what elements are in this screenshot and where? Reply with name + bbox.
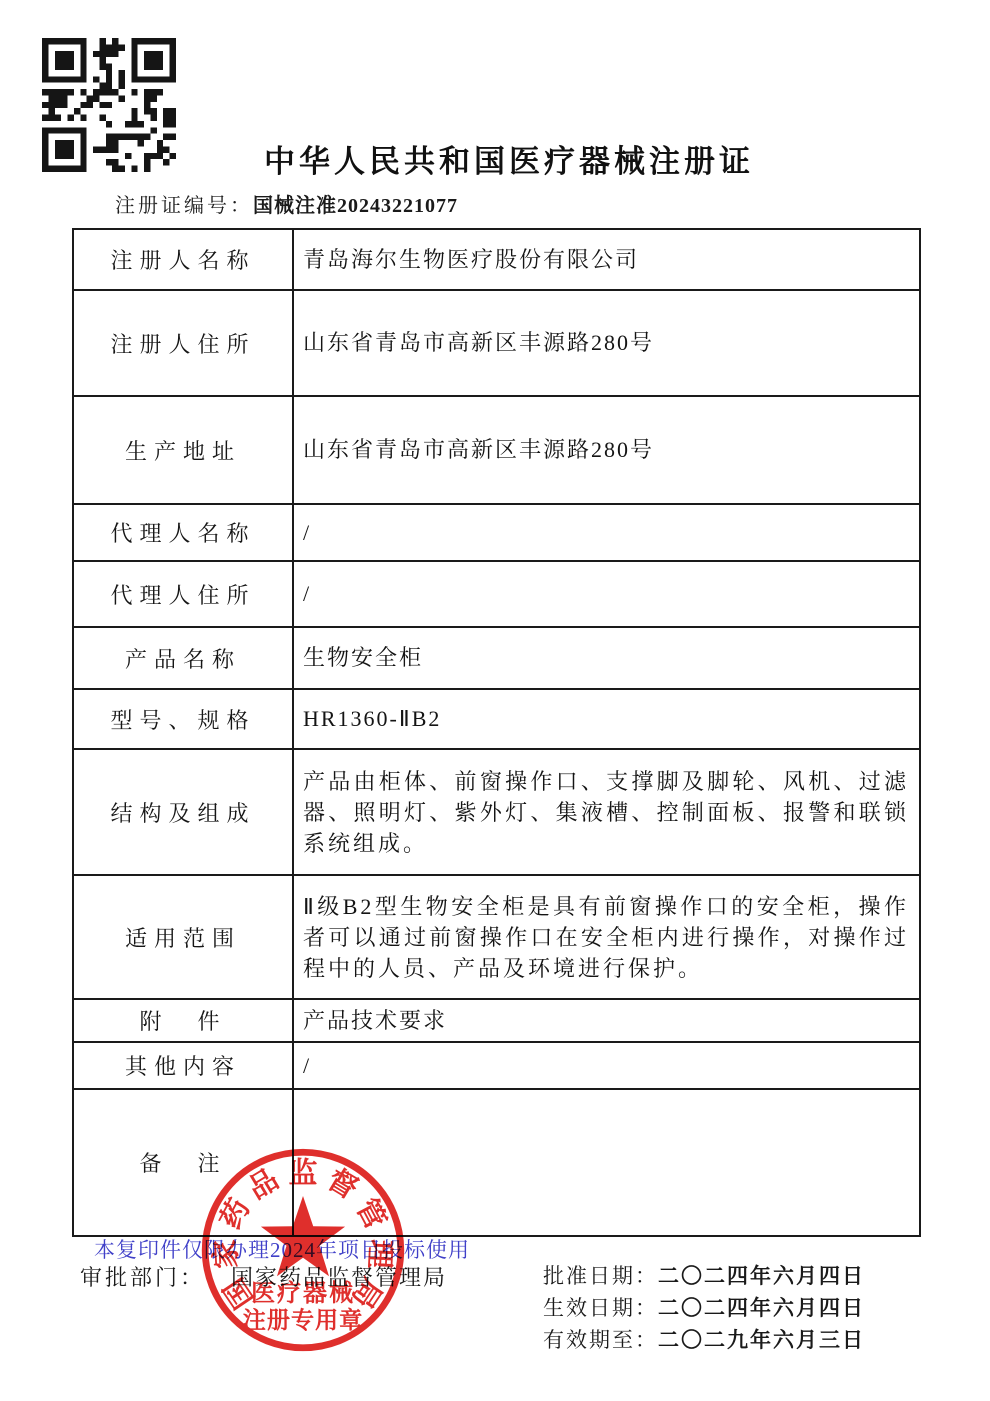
row-value: /	[303, 579, 311, 609]
row-value: HR1360-ⅡB2	[303, 704, 441, 734]
date-row: 生效日期：二〇二四年六月四日	[543, 1292, 865, 1324]
table-row: 产品名称生物安全柜	[74, 626, 919, 688]
table-row: 代理人名称/	[74, 503, 919, 560]
row-label: 生产地址	[74, 397, 294, 503]
row-value: 青岛海尔生物医疗股份有限公司	[303, 245, 639, 275]
registration-number: 注册证编号：国械注准20243221077	[115, 189, 458, 218]
date-label: 有效期至：	[543, 1328, 658, 1352]
date-label: 生效日期：	[543, 1296, 658, 1320]
date-value: 二〇二四年六月四日	[658, 1264, 865, 1288]
table-row: 结构及组成产品由柜体、前窗操作口、支撑脚及脚轮、风机、过滤器、照明灯、紫外灯、集…	[74, 748, 919, 874]
table-row: 注册人名称青岛海尔生物医疗股份有限公司	[74, 230, 919, 289]
svg-text:家: 家	[210, 1239, 243, 1270]
table-row: 其他内容/	[74, 1041, 919, 1088]
row-label: 注册人住所	[74, 291, 294, 395]
row-value: Ⅱ级B2型生物安全柜是具有前窗操作口的安全柜，操作者可以通过前窗操作口在安全柜内…	[303, 891, 909, 984]
date-row: 有效期至：二〇二九年六月三日	[543, 1324, 865, 1356]
row-label: 代理人名称	[74, 505, 294, 560]
row-value: 生物安全柜	[303, 643, 423, 673]
row-label: 适用范围	[74, 876, 294, 998]
date-label: 批准日期：	[543, 1264, 658, 1288]
row-value: 山东省青岛市高新区丰源路280号	[303, 328, 654, 358]
stamp-star-icon	[261, 1196, 345, 1276]
info-table: 注册人名称青岛海尔生物医疗股份有限公司注册人住所山东省青岛市高新区丰源路280号…	[72, 228, 921, 1237]
table-row: 注册人住所山东省青岛市高新区丰源路280号	[74, 289, 919, 395]
reg-no-value: 国械注准20243221077	[253, 195, 458, 217]
table-row: 适用范围Ⅱ级B2型生物安全柜是具有前窗操作口的安全柜，操作者可以通过前窗操作口在…	[74, 874, 919, 998]
certificate-title: 中华人民共和国医疗器械注册证	[0, 136, 990, 181]
table-row: 生产地址山东省青岛市高新区丰源路280号	[74, 395, 919, 503]
table-row: 附 件产品技术要求	[74, 998, 919, 1041]
official-stamp: 国家药品监督管理局 医疗器械 注册专用章	[197, 1140, 409, 1360]
row-label: 结构及组成	[74, 750, 294, 874]
row-label: 附 件	[74, 1000, 294, 1041]
table-row: 型号、规格HR1360-ⅡB2	[74, 688, 919, 748]
approval-dept-label: 审批部门：	[80, 1265, 205, 1290]
row-label: 注册人名称	[74, 230, 294, 289]
row-label: 代理人住所	[74, 562, 294, 626]
reg-no-label: 注册证编号：	[115, 195, 253, 217]
svg-text:理: 理	[363, 1239, 396, 1270]
svg-text:监: 监	[289, 1158, 318, 1190]
row-label: 产品名称	[74, 628, 294, 688]
row-label: 型号、规格	[74, 690, 294, 748]
date-block: 批准日期：二〇二四年六月四日生效日期：二〇二四年六月四日有效期至：二〇二九年六月…	[543, 1260, 865, 1356]
row-value: /	[303, 1051, 311, 1081]
date-value: 二〇二四年六月四日	[658, 1296, 865, 1320]
stamp-line1: 医疗器械	[251, 1280, 355, 1307]
row-value: 山东省青岛市高新区丰源路280号	[303, 435, 654, 465]
row-value: /	[303, 518, 311, 548]
table-row: 代理人住所/	[74, 560, 919, 626]
row-value: 产品由柜体、前窗操作口、支撑脚及脚轮、风机、过滤器、照明灯、紫外灯、集液槽、控制…	[303, 766, 909, 859]
row-value: 产品技术要求	[303, 1006, 447, 1036]
row-label: 其他内容	[74, 1043, 294, 1088]
date-row: 批准日期：二〇二四年六月四日	[543, 1260, 865, 1292]
date-value: 二〇二九年六月三日	[658, 1328, 865, 1352]
certificate-page: 中华人民共和国医疗器械注册证 注册证编号：国械注准20243221077 注册人…	[0, 0, 990, 1401]
stamp-line2: 注册专用章	[243, 1307, 363, 1333]
